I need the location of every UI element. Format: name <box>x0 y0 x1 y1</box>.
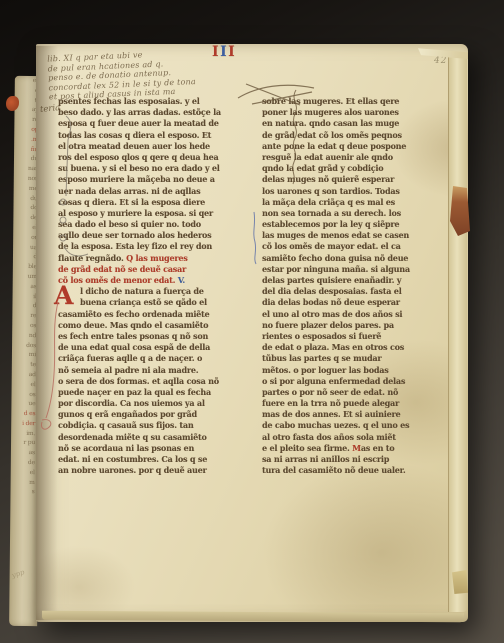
text-line: flaute regnãdo. Q las mugeres <box>58 253 262 264</box>
text-line: criãça fueras aqlle q a de naçer. o <box>58 353 262 364</box>
text-segment: uer nada delas arras. ni de aqllas <box>58 186 200 196</box>
text-segment: as en to <box>361 443 395 453</box>
text-line: cobdiçia. q casauã sus fijos. tan <box>58 420 262 431</box>
numeral-stroke: I <box>212 44 220 60</box>
text-segment: esposa q fuer deue auer la meatad de <box>58 118 219 128</box>
text-segment: el otra meatad deuen auer los hede <box>58 141 210 151</box>
text-line: por discordia. Ca nos uiemos ya al <box>58 398 262 409</box>
text-line: qndo la edat grãd y cobdiçio <box>262 163 410 174</box>
text-line: en natura. qndo casan las muge <box>262 118 410 129</box>
text-segment: psentes fechas las esposaias. y el <box>58 96 200 106</box>
manuscript-photo: ypp erdt.ayrdop.mñudunasnosmedudodeeloru… <box>0 0 504 643</box>
text-segment: e el pleito sea firme. <box>262 443 352 453</box>
edge-text-fragment: m <box>11 478 39 488</box>
text-line: los uarones q son tardios. Todas <box>262 186 410 197</box>
text-line: de grãd edat cõ los omẽs peqnos <box>262 130 410 141</box>
text-segment: dia delas bodas nõ deue esperar <box>262 297 400 307</box>
text-segment: cõ los omẽs de menor edat. <box>58 275 178 285</box>
text-line: buena criança estõ se qãdo el <box>58 297 262 308</box>
text-segment: flaute regnãdo. <box>58 253 126 263</box>
edge-text-fragment: el <box>11 468 39 478</box>
text-line: de una edat qual cosa espã de della <box>58 342 262 353</box>
text-line: sa ni arras ni anillos ni escrip <box>262 454 410 465</box>
book-numeral-iii: III <box>212 44 236 60</box>
text-line: no fuere plazer delos pares. pa <box>262 320 410 331</box>
text-line: establecemos por la ley q siẽpre <box>262 219 410 230</box>
text-segment: es fech entre tales psonas q nõ son <box>58 331 208 341</box>
small-edge-tab <box>452 570 468 594</box>
text-line: o sera de dos formas. et aqlla cosa nõ <box>58 376 262 387</box>
text-line: partes o por nõ seer de edat. nõ <box>262 387 410 398</box>
text-line: fuere en la trra nõ puede alegar <box>262 398 410 409</box>
text-line: samiẽto fecho dona guisa nõ deue <box>262 253 410 264</box>
text-column-right: sobre las mugeres. Et ellas qereponer la… <box>262 96 410 476</box>
text-line: dia delas bodas nõ deue esperar <box>262 297 410 308</box>
text-segment: al otro fasta dos años sola miẽt <box>262 432 396 442</box>
top-marginal-annotation: lib. XI q par eta ubi vede pul eran hcat… <box>47 44 299 103</box>
text-segment: edat. ni en costumbres. Ca los q se <box>58 454 207 464</box>
text-segment: ros del esposo qlos q qere q deua hea <box>58 152 218 162</box>
text-line: tũbus las partes q se mudar <box>262 353 410 364</box>
text-line: cõ los omẽs de menor edat. V. <box>58 275 262 286</box>
text-segment: rientes o esposados si fuerẽ <box>262 331 381 341</box>
text-line: nõ semeia al padre ni ala madre. <box>58 365 262 376</box>
text-segment: l dicho de natura a fuerça de <box>80 286 204 296</box>
text-segment: fuere en la trra nõ puede alegar <box>262 398 399 408</box>
text-segment: puede naçer en paz la qual es fecha <box>58 387 211 397</box>
text-segment: como deue. Mas qndo el casamiẽto <box>58 320 208 330</box>
edge-text-fragment: de <box>11 458 39 468</box>
text-segment: de grãd edat cõ los omẽs peqnos <box>262 130 402 140</box>
text-segment: gunos q erã engañados por grãd <box>58 409 197 419</box>
text-segment: desordenada miẽte q su casamiẽto <box>58 432 207 442</box>
text-line: poner las mugeres alos uarones <box>262 107 410 118</box>
edge-text-fragment: s <box>10 487 38 497</box>
text-segment: por discordia. Ca nos uiemos ya al <box>58 398 205 408</box>
text-segment: los uarones q son tardios. Todas <box>262 186 400 196</box>
red-initial-letter: A <box>54 283 73 308</box>
text-segment: o si por alguna enfermedad delas <box>262 376 405 386</box>
text-line: sea dado el beso si quier no. todo <box>58 219 262 230</box>
numeral-stroke: I <box>228 44 236 60</box>
text-line: mas de dos annes. Et si auiniere <box>262 409 410 420</box>
text-segment: sobre las mugeres. Et ellas qere <box>262 96 399 106</box>
text-segment: ante pone la edat q deue pospone <box>262 141 406 151</box>
text-segment: V. <box>178 275 185 285</box>
text-line: de la esposa. Esta ley fizo el rey don <box>58 241 262 252</box>
text-line: sobre las mugeres. Et ellas qere <box>262 96 410 107</box>
text-segment: de una edat qual cosa espã de della <box>58 342 210 352</box>
text-line: cõ los omẽs de mayor edat. el ca <box>262 241 410 252</box>
text-segment: de edat o plaza. Mas en otros cos <box>262 342 404 352</box>
text-segment: mas de dos annes. Et si auiniere <box>262 409 400 419</box>
text-segment: M <box>352 443 361 453</box>
text-segment: resguẽ la edat auenir ale qndo <box>262 152 393 162</box>
text-segment: de la esposa. Esta ley fizo el rey don <box>58 241 212 251</box>
text-line: de cabo muchas uezes. q el uno es <box>262 420 410 431</box>
text-line: al otro fasta dos años sola miẽt <box>262 432 410 443</box>
text-line: tura del casamiẽto nõ deue ualer. <box>262 465 410 476</box>
text-segment: todas las cosas q diera el esposo. Et <box>58 130 211 140</box>
text-line: nõ se acordaua ni las psonas en <box>58 443 262 454</box>
text-segment: o sera de dos formas. et aqlla cosa nõ <box>58 376 219 386</box>
text-line: de edat o plaza. Mas en otros cos <box>262 342 410 353</box>
text-line: an nobre uarones. por q deuẽ auer <box>58 465 262 476</box>
text-segment: delas muges nõ quierẽ esperar <box>262 174 394 184</box>
text-segment: poner las mugeres alos uarones <box>262 107 399 117</box>
text-line: del dia delas desposaias. fasta el <box>262 286 410 297</box>
text-segment: buena criança estõ se qãdo el <box>80 297 207 307</box>
text-line: la mãça dela criãça q es mal es <box>262 197 410 208</box>
text-line: esposo muriere la mãçeba no deue a <box>58 174 262 185</box>
text-segment: qndo la edat grãd y cobdiçio <box>262 163 383 173</box>
text-line: su buena. y si el beso no era dado y el <box>58 163 262 174</box>
text-segment: samiẽto fecho dona guisa nõ deue <box>262 253 408 263</box>
text-line: el otra meatad deuen auer los hede <box>58 141 262 152</box>
text-line: non sea tornada a su derech. los <box>262 208 410 219</box>
text-line: ante pone la edat q deue pospone <box>262 141 410 152</box>
text-line: rientes o esposados si fuerẽ <box>262 331 410 342</box>
text-line: delas partes quisiere enañadir. y <box>262 275 410 286</box>
text-line: el uno al otro mas de dos años si <box>262 309 410 320</box>
text-segment: cosas q diera. Et si la esposa diere <box>58 197 205 207</box>
numeral-stroke: I <box>220 44 228 60</box>
text-segment: las muges de menos edat se casen <box>262 230 409 240</box>
faint-gutter-note: ypp <box>11 568 26 579</box>
text-line: de grãd edat nõ se deuẽ casar <box>58 264 262 275</box>
text-line: o si por alguna enfermedad delas <box>262 376 410 387</box>
text-segment: establecemos por la ley q siẽpre <box>262 219 399 229</box>
text-line: l dicho de natura a fuerça de <box>58 286 262 297</box>
text-segment: no fuere plazer delos pares. pa <box>262 320 394 330</box>
text-segment: tũbus las partes q se mudar <box>262 353 381 363</box>
text-line: ros del esposo qlos q qere q deua hea <box>58 152 262 163</box>
text-line: resguẽ la edat auenir ale qndo <box>262 152 410 163</box>
text-line: uer nada delas arras. ni de aqllas <box>58 186 262 197</box>
text-column-left: psentes fechas las esposaias. y elbeso d… <box>58 96 262 476</box>
text-segment: tura del casamiẽto nõ deue ualer. <box>262 465 405 475</box>
text-segment: mẽtos. o por loguer las bodas <box>262 365 389 375</box>
text-segment: delas partes quisiere enañadir. y <box>262 275 401 285</box>
text-segment: estar por ninguna maña. si alguna <box>262 264 410 274</box>
text-line: es fech entre tales psonas q nõ son <box>58 331 262 342</box>
text-segment: su buena. y si el beso no era dado y el <box>58 163 220 173</box>
text-segment: Q las mugeres <box>126 253 187 263</box>
text-segment: criãça fueras aqlle q a de naçer. o <box>58 353 202 363</box>
text-segment: cõ los omẽs de mayor edat. el ca <box>262 241 401 251</box>
edge-text-fragment: r pu <box>11 438 39 448</box>
text-line: estar por ninguna maña. si alguna <box>262 264 410 275</box>
fore-edge-stack <box>448 54 467 612</box>
folio-number: 42 <box>434 56 447 66</box>
text-segment: nõ semeia al padre ni ala madre. <box>58 365 198 375</box>
text-line: como deue. Mas qndo el casamiẽto <box>58 320 262 331</box>
text-line: al esposo y muriere la esposa. si qer <box>58 208 262 219</box>
text-line: puede naçer en paz la qual es fecha <box>58 387 262 398</box>
text-line: todas las cosas q diera el esposo. Et <box>58 130 262 141</box>
text-segment: casamiẽto es fecho ordenada miẽte <box>58 309 209 319</box>
edge-text-fragment: as <box>11 448 39 458</box>
text-segment: sea dado el beso si quier no. todo <box>58 219 201 229</box>
text-segment: la mãça dela criãça q es mal es <box>262 197 395 207</box>
text-line: edat. ni en costumbres. Ca los q se <box>58 454 262 465</box>
text-segment: non sea tornada a su derech. los <box>262 208 401 218</box>
text-segment: sa ni arras ni anillos ni escrip <box>262 454 389 464</box>
text-line: desordenada miẽte q su casamiẽto <box>58 432 262 443</box>
text-line: esposa q fuer deue auer la meatad de <box>58 118 262 129</box>
text-line: las muges de menos edat se casen <box>262 230 410 241</box>
text-line: beso dado. y las arras dadas. estõçe la <box>58 107 262 118</box>
text-segment: de grãd edat nõ se deuẽ casar <box>58 264 186 274</box>
text-segment: al esposo y muriere la esposa. si qer <box>58 208 213 218</box>
text-line: cosas q diera. Et si la esposa diere <box>58 197 262 208</box>
text-segment: esposo muriere la mãçeba no deue a <box>58 174 215 184</box>
text-segment: beso dado. y las arras dadas. estõçe la <box>58 107 221 117</box>
text-segment: en natura. qndo casan las muge <box>262 118 399 128</box>
text-line: gunos q erã engañados por grãd <box>58 409 262 420</box>
parchment-page: 42 lib. XI q par eta ubi vede pul eran h… <box>36 44 468 622</box>
text-segment: cobdiçia. q casauã sus fijos. tan <box>58 420 194 430</box>
text-line: mẽtos. o por loguer las bodas <box>262 365 410 376</box>
text-line: psentes fechas las esposaias. y el <box>58 96 262 107</box>
text-line: casamiẽto es fecho ordenada miẽte <box>58 309 262 320</box>
text-line: delas muges nõ quierẽ esperar <box>262 174 410 185</box>
text-segment: an nobre uarones. por q deuẽ auer <box>58 465 207 475</box>
text-segment: partes o por nõ seer de edat. nõ <box>262 387 398 397</box>
text-segment: del dia delas desposaias. fasta el <box>262 286 402 296</box>
text-segment: nõ se acordaua ni las psonas en <box>58 443 194 453</box>
edge-text-fragment: im. <box>11 429 39 439</box>
text-segment: aqllo deue ser tornado alos hederos <box>58 230 211 240</box>
text-segment: el uno al otro mas de dos años si <box>262 309 402 319</box>
text-line: e el pleito sea firme. Mas en to <box>262 443 410 454</box>
text-line: aqllo deue ser tornado alos hederos <box>58 230 262 241</box>
text-segment: de cabo muchas uezes. q el uno es <box>262 420 409 430</box>
